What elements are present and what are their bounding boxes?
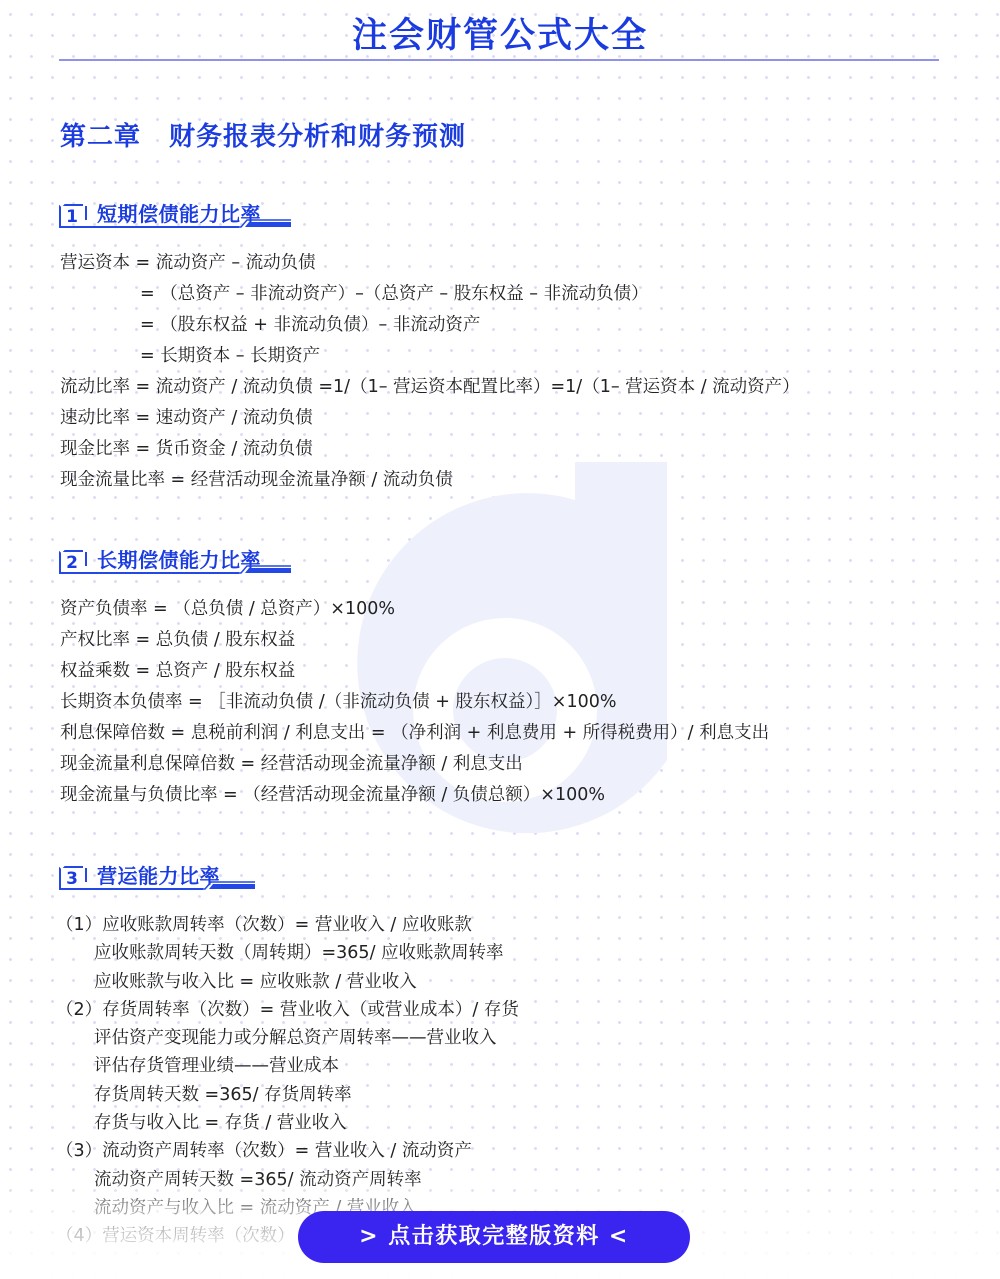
formula-line: = 长期资本 – 长期资产 xyxy=(60,341,800,372)
formula-line: 应收账款周转天数（周转期）=365/ 应收账款周转率 xyxy=(56,939,519,967)
formula-line: 评估资产变现能力或分解总资产周转率——营业收入 xyxy=(56,1024,519,1052)
section-number-badge: 2 xyxy=(59,550,83,572)
badge-divider xyxy=(85,868,87,882)
formula-line: 资产负债率 = （总负债 / 总资产）×100% xyxy=(60,594,769,625)
title-divider xyxy=(59,59,939,61)
formula-line: 流动资产周转天数 =365/ 流动资产周转率 xyxy=(56,1166,519,1194)
formula-line: 应收账款与收入比 = 应收账款 / 营业收入 xyxy=(56,968,519,996)
formula-line: （3）流动资产周转率（次数）= 营业收入 / 流动资产 xyxy=(56,1137,519,1165)
section-underline-accent-icon xyxy=(199,881,255,890)
formula-line: 产权比率 = 总负债 / 股东权益 xyxy=(60,625,769,656)
formula-line: = （总资产 – 非流动资产）–（总资产 – 股东权益 – 非流动负债） xyxy=(60,279,800,310)
section-2-formulas: 资产负债率 = （总负债 / 总资产）×100% 产权比率 = 总负债 / 股东… xyxy=(60,594,769,811)
section-underline-accent-icon xyxy=(235,565,291,574)
section-number-badge: 3 xyxy=(59,866,83,888)
formula-line: = （股东权益 + 非流动负债）– 非流动资产 xyxy=(60,310,800,341)
formula-line: 现金流量与负债比率 = （经营活动现金流量净额 / 负债总额）×100% xyxy=(60,780,769,811)
section-number-badge: 1 xyxy=(59,204,83,226)
formula-line: 存货与收入比 = 存货 / 营业收入 xyxy=(56,1109,519,1137)
formula-line: 现金流量比率 = 经营活动现金流量净额 / 流动负债 xyxy=(60,465,800,496)
section-heading-long-term-solvency: 2 长期偿债能力比率 xyxy=(59,544,291,574)
section-underline xyxy=(59,888,203,890)
section-underline xyxy=(59,226,239,228)
section-1-formulas: 营运资本 = 流动资产 – 流动负债 = （总资产 – 非流动资产）–（总资产 … xyxy=(60,248,800,496)
formula-line: 流动比率 = 流动资产 / 流动负债 =1/（1– 营运资本配置比率）=1/（1… xyxy=(60,372,800,403)
chapter-number: 第二章 xyxy=(60,122,141,152)
formula-line: （2）存货周转率（次数）= 营业收入（或营业成本）/ 存货 xyxy=(56,996,519,1024)
section-heading-short-term-solvency: 1 短期偿债能力比率 xyxy=(59,198,291,228)
formula-line: 权益乘数 = 总资产 / 股东权益 xyxy=(60,656,769,687)
formula-line: 存货周转天数 =365/ 存货周转率 xyxy=(56,1081,519,1109)
formula-line: 现金比率 = 货币资金 / 流动负债 xyxy=(60,434,800,465)
chapter-title: 财务报表分析和财务预测 xyxy=(169,122,466,152)
formula-line: 速动比率 = 速动资产 / 流动负债 xyxy=(60,403,800,434)
formula-line: 利息保障倍数 = 息税前利润 / 利息支出 = （净利润 + 利息费用 + 所得… xyxy=(60,718,769,749)
formula-line: 长期资本负债率 = ［非流动负债 /（非流动负债 + 股东权益）］×100% xyxy=(60,687,769,718)
formula-line: 评估存货管理业绩——营业成本 xyxy=(56,1052,519,1080)
section-3-formulas: （1）应收账款周转率（次数）= 营业收入 / 应收账款 应收账款周转天数（周转期… xyxy=(56,911,519,1251)
badge-divider xyxy=(85,552,87,566)
formula-line: （1）应收账款周转率（次数）= 营业收入 / 应收账款 xyxy=(56,911,519,939)
badge-divider xyxy=(85,206,87,220)
section-heading-operating-capacity: 3 营运能力比率 xyxy=(59,860,255,890)
chapter-heading: 第二章财务报表分析和财务预测 xyxy=(60,116,466,153)
section-underline-accent-icon xyxy=(235,219,291,228)
formula-line: 现金流量利息保障倍数 = 经营活动现金流量净额 / 利息支出 xyxy=(60,749,769,780)
formula-line: 营运资本 = 流动资产 – 流动负债 xyxy=(60,248,800,279)
get-full-version-button[interactable]: > 点击获取完整版资料 < xyxy=(298,1211,690,1263)
section-underline xyxy=(59,572,239,574)
document-title: 注会财管公式大全 xyxy=(0,8,1000,58)
